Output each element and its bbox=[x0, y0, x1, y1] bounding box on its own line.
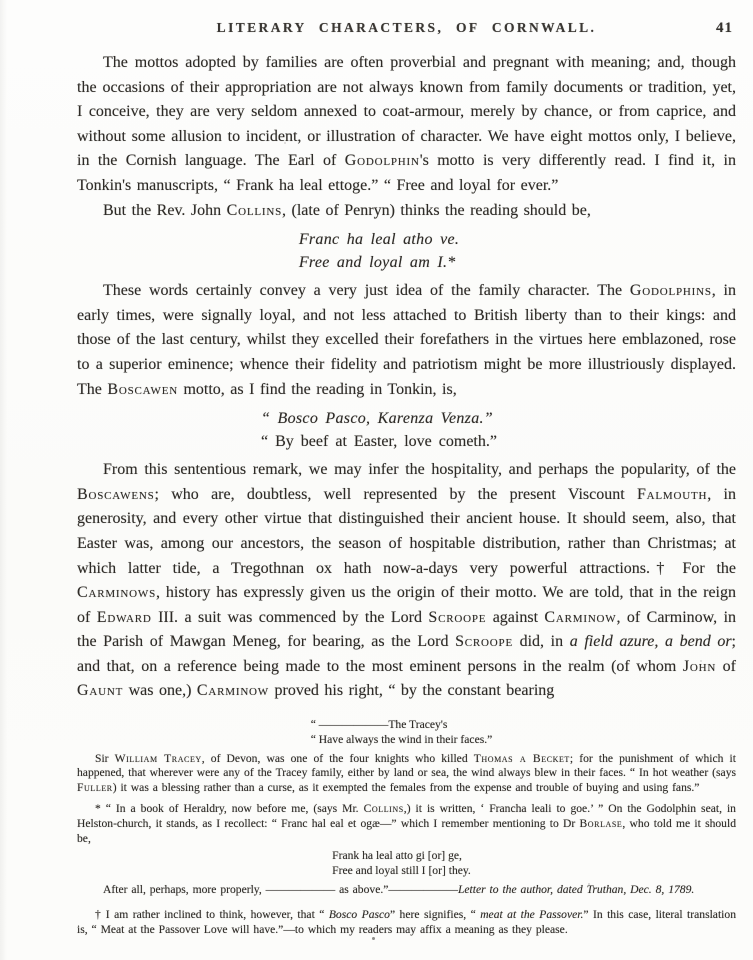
text-run: Gaunt bbox=[77, 682, 123, 699]
tracey-quote-line-2: “ Have always the wind in their faces.” bbox=[311, 733, 493, 748]
text-run: did, in bbox=[513, 633, 570, 650]
text-run: ” here signifies, “ bbox=[390, 908, 480, 921]
motto-godolphin-english: Free and loyal am I.* bbox=[299, 251, 459, 274]
text-run: William Tracey bbox=[115, 752, 202, 765]
footnote-collins-heraldry: * “ In a book of Heraldry, now before me… bbox=[77, 802, 736, 846]
tracey-quote-line-1: “ ——————The Tracey's bbox=[311, 718, 493, 733]
text-run: These words certainly convey a very just… bbox=[103, 282, 630, 299]
scan-speckle bbox=[372, 937, 375, 940]
paragraph-mottos-intro: The mottos adopted by families are often… bbox=[77, 51, 736, 199]
text-run: Borlase bbox=[579, 817, 622, 830]
text-run: Boscawens bbox=[77, 486, 155, 503]
text-run: of bbox=[716, 658, 736, 675]
text-run: proved his right, “ by the constant bear… bbox=[269, 682, 554, 699]
text-run: Scroope bbox=[455, 633, 513, 650]
motto-godolphin-block: Franc ha leal atho ve. Free and loyal am… bbox=[22, 228, 736, 274]
footnote-after-all: After all, perhaps, more properly, —————… bbox=[77, 883, 736, 898]
footnotes-section: “ ——————The Tracey's “ Have always the w… bbox=[77, 718, 736, 937]
frank-leal-line-2: Free and loyal still I [or] they. bbox=[332, 864, 471, 879]
text-run: Carminow bbox=[544, 609, 616, 626]
text-run: Boscawen bbox=[107, 381, 178, 398]
tracey-quote-block: “ ——————The Tracey's “ Have always the w… bbox=[67, 718, 736, 748]
text-run: Letter to the author, dated Truthan, Dec… bbox=[458, 883, 694, 896]
text-run: Fuller bbox=[77, 781, 113, 794]
text-run: † I am rather inclined to think, however… bbox=[95, 908, 329, 921]
text-run: ; who are, doubtless, well represented b… bbox=[155, 486, 637, 503]
footnote-bosco-pasco: † I am rather inclined to think, however… bbox=[77, 908, 736, 938]
text-run: John bbox=[683, 658, 716, 675]
text-run: * “ In a book of Heraldry, now before me… bbox=[95, 802, 364, 815]
text-run: Godolphins bbox=[630, 282, 712, 299]
text-run: against bbox=[486, 609, 544, 626]
text-run: From this sententious remark, we may inf… bbox=[103, 461, 736, 478]
text-run: But the Rev. John bbox=[103, 202, 227, 219]
text-run: motto, as I find the reading in Tonkin, … bbox=[178, 381, 457, 398]
paragraph-godolphins: These words certainly convey a very just… bbox=[77, 279, 736, 402]
paragraph-rev-collins: But the Rev. John Collins, (late of Penr… bbox=[77, 199, 736, 224]
text-run: III. a suit was commenced by the Lord bbox=[152, 609, 429, 626]
motto-godolphin-cornish: Franc ha leal atho ve. bbox=[299, 228, 459, 251]
page-header: LITERARY CHARACTERS, OF CORNWALL. 41 bbox=[77, 20, 736, 42]
motto-boscawen-block: “ Bosco Pasco, Karenza Venza.” “ By beef… bbox=[22, 407, 736, 453]
text-run: , of Devon, was one of the four knights … bbox=[202, 752, 474, 765]
text-run: ) it was a blessing rather than a curse,… bbox=[113, 781, 700, 794]
running-title: LITERARY CHARACTERS, OF CORNWALL. bbox=[77, 20, 736, 36]
page-number: 41 bbox=[716, 20, 733, 37]
text-run: Scroope bbox=[428, 609, 486, 626]
text-run: Thomas a Becket bbox=[474, 752, 570, 765]
frank-leal-block: Frank ha leal atto gi [or] ge, Free and … bbox=[67, 849, 736, 879]
text-run: was one,) bbox=[123, 682, 197, 699]
text-run: Godolphin bbox=[345, 152, 420, 169]
text-run: meat at the Passover. bbox=[480, 908, 583, 921]
book-page-scan: LITERARY CHARACTERS, OF CORNWALL. 41 The… bbox=[0, 0, 753, 960]
text-run: Collins bbox=[364, 802, 404, 815]
paragraph-boscawens-carminows: From this sententious remark, we may inf… bbox=[77, 458, 736, 704]
text-run: Falmouth bbox=[637, 486, 707, 503]
text-run: After all, perhaps, more properly, —————… bbox=[103, 883, 458, 896]
text-run: Collins bbox=[227, 202, 282, 219]
frank-leal-line-1: Frank ha leal atto gi [or] ge, bbox=[332, 849, 471, 864]
text-run: Edward bbox=[97, 609, 152, 626]
motto-boscawen-english: “ By beef at Easter, love cometh.” bbox=[261, 430, 497, 453]
text-run: Carminows bbox=[77, 584, 156, 601]
motto-boscawen-cornish: “ Bosco Pasco, Karenza Venza.” bbox=[261, 407, 497, 430]
text-run: Carminow bbox=[197, 682, 269, 699]
text-run: Bosco Pasco bbox=[329, 908, 390, 921]
text-run: , (late of Penryn) thinks the reading sh… bbox=[282, 202, 591, 219]
footnote-tracey: Sir William Tracey, of Devon, was one of… bbox=[77, 752, 736, 796]
main-text: The mottos adopted by families are often… bbox=[77, 51, 736, 704]
text-run: Sir bbox=[95, 752, 115, 765]
text-run: a field azure, a bend or bbox=[570, 633, 732, 650]
